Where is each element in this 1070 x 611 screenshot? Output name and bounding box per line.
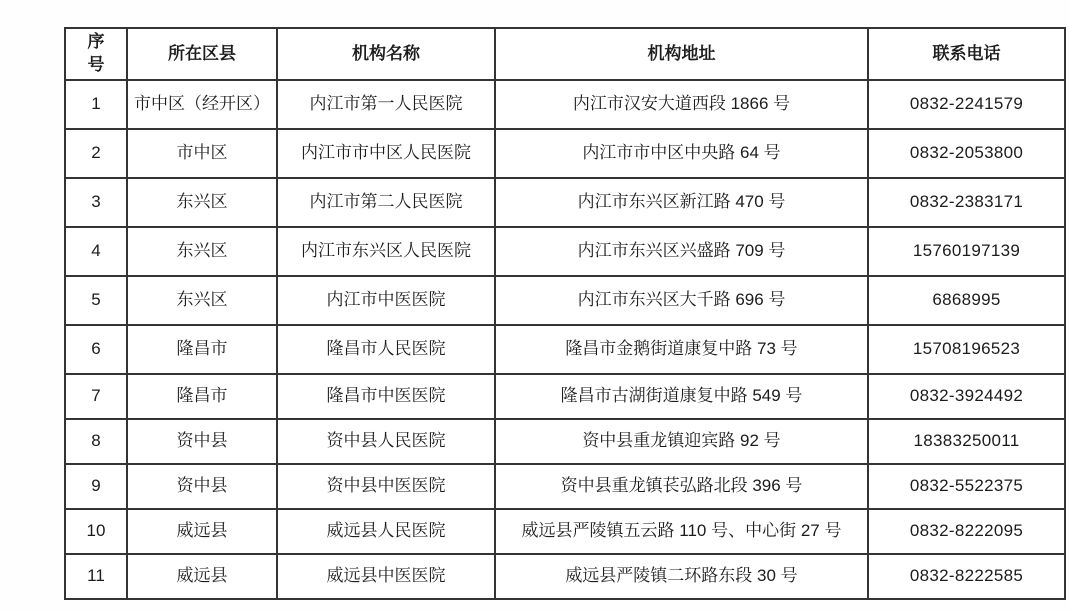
cell-phone: 0832-8222585 <box>868 554 1065 599</box>
cell-address: 威远县严陵镇二环路东段 30 号 <box>495 554 868 599</box>
cell-district: 资中县 <box>127 419 277 464</box>
cell-phone: 15760197139 <box>868 227 1065 276</box>
cell-address: 资中县重龙镇苌弘路北段 396 号 <box>495 464 868 509</box>
cell-phone: 0832-2383171 <box>868 178 1065 227</box>
table-row: 1 市中区（经开区） 内江市第一人民医院 内江市汉安大道西段 1866 号 08… <box>65 80 1065 129</box>
cell-phone: 15708196523 <box>868 325 1065 374</box>
cell-district: 市中区 <box>127 129 277 178</box>
table-row: 5 东兴区 内江市中医医院 内江市东兴区大千路 696 号 6868995 <box>65 276 1065 325</box>
table-row: 6 隆昌市 隆昌市人民医院 隆昌市金鹅街道康复中路 73 号 157081965… <box>65 325 1065 374</box>
cell-address: 隆昌市古湖街道康复中路 549 号 <box>495 374 868 419</box>
table-row: 3 东兴区 内江市第二人民医院 内江市东兴区新江路 470 号 0832-238… <box>65 178 1065 227</box>
cell-name: 内江市市中区人民医院 <box>277 129 495 178</box>
cell-seq: 9 <box>65 464 127 509</box>
cell-name: 隆昌市人民医院 <box>277 325 495 374</box>
document-page: 序号 所在区县 机构名称 机构地址 联系电话 1 市中区（经开区） 内江市第一人… <box>0 0 1070 611</box>
cell-address: 内江市汉安大道西段 1866 号 <box>495 80 868 129</box>
column-header-name: 机构名称 <box>277 28 495 80</box>
cell-seq: 2 <box>65 129 127 178</box>
cell-name: 资中县中医医院 <box>277 464 495 509</box>
cell-phone: 0832-3924492 <box>868 374 1065 419</box>
cell-phone: 0832-8222095 <box>868 509 1065 554</box>
cell-phone: 6868995 <box>868 276 1065 325</box>
cell-phone: 0832-2053800 <box>868 129 1065 178</box>
cell-name: 内江市中医医院 <box>277 276 495 325</box>
cell-district: 东兴区 <box>127 276 277 325</box>
cell-district: 隆昌市 <box>127 325 277 374</box>
table-row: 7 隆昌市 隆昌市中医医院 隆昌市古湖街道康复中路 549 号 0832-392… <box>65 374 1065 419</box>
cell-district: 威远县 <box>127 509 277 554</box>
table-row: 2 市中区 内江市市中区人民医院 内江市市中区中央路 64 号 0832-205… <box>65 129 1065 178</box>
cell-seq: 7 <box>65 374 127 419</box>
cell-seq: 5 <box>65 276 127 325</box>
column-header-district: 所在区县 <box>127 28 277 80</box>
cell-seq: 6 <box>65 325 127 374</box>
cell-seq: 8 <box>65 419 127 464</box>
cell-seq: 11 <box>65 554 127 599</box>
cell-phone: 0832-5522375 <box>868 464 1065 509</box>
table-body: 1 市中区（经开区） 内江市第一人民医院 内江市汉安大道西段 1866 号 08… <box>65 80 1065 599</box>
cell-name: 威远县中医医院 <box>277 554 495 599</box>
column-header-address: 机构地址 <box>495 28 868 80</box>
cell-seq: 10 <box>65 509 127 554</box>
cell-address: 内江市东兴区兴盛路 709 号 <box>495 227 868 276</box>
table-row: 11 威远县 威远县中医医院 威远县严陵镇二环路东段 30 号 0832-822… <box>65 554 1065 599</box>
cell-name: 内江市第二人民医院 <box>277 178 495 227</box>
table-row: 4 东兴区 内江市东兴区人民医院 内江市东兴区兴盛路 709 号 1576019… <box>65 227 1065 276</box>
cell-name: 内江市第一人民医院 <box>277 80 495 129</box>
cell-address: 隆昌市金鹅街道康复中路 73 号 <box>495 325 868 374</box>
cell-phone: 0832-2241579 <box>868 80 1065 129</box>
cell-seq: 4 <box>65 227 127 276</box>
table-row: 10 威远县 威远县人民医院 威远县严陵镇五云路 110 号、中心街 27 号 … <box>65 509 1065 554</box>
cell-name: 威远县人民医院 <box>277 509 495 554</box>
cell-district: 市中区（经开区） <box>127 80 277 129</box>
column-header-seq: 序号 <box>65 28 127 80</box>
cell-address: 内江市东兴区新江路 470 号 <box>495 178 868 227</box>
cell-district: 东兴区 <box>127 178 277 227</box>
column-header-phone: 联系电话 <box>868 28 1065 80</box>
cell-district: 东兴区 <box>127 227 277 276</box>
cell-name: 内江市东兴区人民医院 <box>277 227 495 276</box>
cell-district: 威远县 <box>127 554 277 599</box>
cell-name: 隆昌市中医医院 <box>277 374 495 419</box>
table-row: 9 资中县 资中县中医医院 资中县重龙镇苌弘路北段 396 号 0832-552… <box>65 464 1065 509</box>
header-row: 序号 所在区县 机构名称 机构地址 联系电话 <box>65 28 1065 80</box>
cell-address: 内江市市中区中央路 64 号 <box>495 129 868 178</box>
cell-address: 内江市东兴区大千路 696 号 <box>495 276 868 325</box>
cell-district: 资中县 <box>127 464 277 509</box>
hospital-contact-table: 序号 所在区县 机构名称 机构地址 联系电话 1 市中区（经开区） 内江市第一人… <box>64 27 1066 600</box>
column-header-seq-label: 序号 <box>86 31 106 75</box>
cell-phone: 18383250011 <box>868 419 1065 464</box>
cell-seq: 1 <box>65 80 127 129</box>
cell-address: 资中县重龙镇迎宾路 92 号 <box>495 419 868 464</box>
cell-district: 隆昌市 <box>127 374 277 419</box>
cell-name: 资中县人民医院 <box>277 419 495 464</box>
table-row: 8 资中县 资中县人民医院 资中县重龙镇迎宾路 92 号 18383250011 <box>65 419 1065 464</box>
cell-seq: 3 <box>65 178 127 227</box>
cell-address: 威远县严陵镇五云路 110 号、中心街 27 号 <box>495 509 868 554</box>
table-header: 序号 所在区县 机构名称 机构地址 联系电话 <box>65 28 1065 80</box>
